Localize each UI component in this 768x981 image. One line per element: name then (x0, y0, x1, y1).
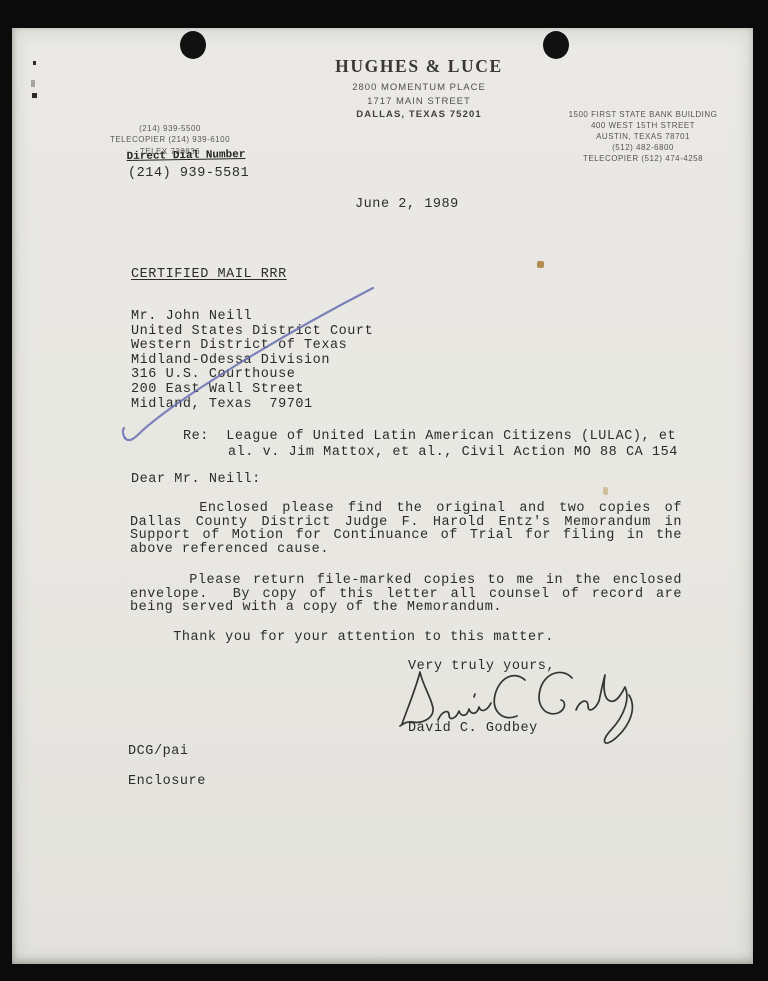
salutation: Dear Mr. Neill: (131, 473, 261, 488)
paper-stain (603, 487, 608, 495)
letterhead-right-contact: 1500 FIRST STATE BANK BUILDING 400 WEST … (538, 109, 748, 164)
firm-address-line: 2800 MOMENTUM PLACE (247, 83, 591, 93)
body-paragraph-2: Please return file-marked copies to me i… (130, 574, 682, 615)
re-line-2: al. v. Jim Mattox, et al., Civil Action … (228, 446, 678, 461)
austin-telecopier-line: TELECOPIER (512) 474-4258 (538, 153, 748, 164)
signer-name: David C. Godbey (408, 722, 538, 737)
paper-stain (537, 261, 544, 268)
hole-punch-right-icon (543, 31, 569, 59)
edge-mark (33, 61, 36, 65)
austin-phone-line: (512) 482-6800 (538, 142, 748, 153)
austin-address-line: AUSTIN, TEXAS 78701 (538, 131, 748, 142)
body-line: above referenced cause. (130, 543, 682, 557)
letter-paper: HUGHES & LUCE 2800 MOMENTUM PLACE 1717 M… (12, 28, 753, 964)
body-paragraph-1: Enclosed please find the original and tw… (130, 502, 682, 557)
austin-address-line: 1500 FIRST STATE BANK BUILDING (538, 109, 748, 120)
reference-initials: DCG/pai (128, 745, 189, 760)
body-line: being served with a copy of the Memorand… (130, 601, 682, 615)
body-line: Enclosed please find the original and tw… (130, 502, 682, 516)
hole-punch-left-icon (180, 31, 206, 59)
scanned-letter-page: { "colors": { "background": "#0b0b0b", "… (0, 0, 768, 981)
signature (390, 666, 645, 758)
firm-name: HUGHES & LUCE (247, 56, 591, 77)
letter-date: June 2, 1989 (355, 198, 459, 213)
body-paragraph-3: Thank you for your attention to this mat… (130, 631, 554, 646)
edge-mark (31, 80, 35, 87)
re-line-1: Re: League of United Latin American Citi… (183, 430, 676, 445)
phone-line: (214) 939-5500 (74, 123, 266, 134)
austin-address-line: 400 WEST 15TH STREET (538, 120, 748, 131)
body-line: Please return file-marked copies to me i… (130, 574, 682, 588)
firm-address-line: 1717 MAIN STREET (247, 97, 591, 107)
direct-dial-number: (214) 939-5581 (128, 167, 249, 182)
telecopier-line: TELECOPIER (214) 939-6100 (74, 134, 266, 145)
enclosure-note: Enclosure (128, 775, 206, 790)
body-line: Support of Motion for Continuance of Tri… (130, 529, 682, 543)
direct-dial-label: Direct Dial Number (116, 149, 256, 163)
body-line: envelope. By copy of this letter all cou… (130, 588, 682, 602)
edge-mark (32, 93, 37, 98)
body-line: Dallas County District Judge F. Harold E… (130, 516, 682, 530)
